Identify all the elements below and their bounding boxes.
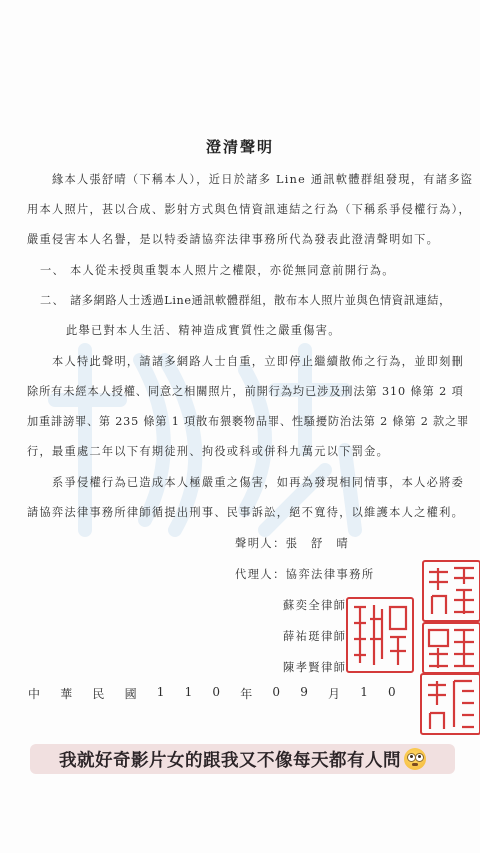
agent-signature: 代理人：協弈法律事務所 (235, 566, 375, 582)
lawyer-seal-chen (420, 673, 480, 735)
date-part: 9 (300, 685, 308, 702)
lawyer-signature: 陳孝賢律師 (283, 659, 346, 675)
paragraph-2-line: 除所有未經本人授權、同意之相關照片，前開行為均已涉及刑法第 310 條第 2 項 (27, 383, 464, 399)
item-number: 一、 (40, 262, 65, 278)
item-number: 二、 (40, 292, 65, 308)
date-part: 0 (388, 685, 396, 702)
document-date: 中 華 民 國 1 1 0 年 0 9 月 1 0 日 (28, 685, 428, 702)
date-part: 國 (125, 685, 137, 702)
date-part: 0 (272, 685, 280, 702)
paragraph-1-line: 緣本人張舒晴（下稱本人），近日於諸多 Line 通訊軟體群組發現，有諸多盜 (52, 171, 473, 187)
date-part: 1 (157, 685, 165, 702)
date-part: 年 (240, 685, 252, 702)
item-text: 本人從未授與重製本人照片之權限，亦從無同意前開行為。 (70, 262, 395, 278)
date-part: 民 (92, 685, 104, 702)
paragraph-3-line: 請協弈法律事務所律師循提出刑事、民事訴訟，絕不寬待，以維護本人之權利。 (27, 504, 464, 520)
paragraph-3-line: 系爭侵權行為已造成本人極嚴重之傷害，如再為發現相同情事，本人必將委 (52, 474, 464, 490)
paragraph-2-line: 加重誹謗罪、第 235 條第 1 項散布猥褻物品罪、性騷擾防治法第 2 條第 2… (27, 413, 469, 429)
declarant-signature: 聲明人：張 舒 晴 (235, 535, 349, 551)
document-title: 澄清聲明 (0, 136, 480, 157)
overlay-caption: 我就好奇影片女的跟我又不像每天都有人問 (30, 744, 455, 774)
rolling-eyes-emoji-icon (404, 748, 426, 770)
date-part: 1 (360, 685, 368, 702)
caption-text: 我就好奇影片女的跟我又不像每天都有人問 (59, 747, 401, 772)
paragraph-1-line: 用本人照片，甚以合成、影射方式與色情資訊連結之行為（下稱系爭侵權行為）， (27, 201, 471, 217)
lawyer-signature: 蘇奕全律師 (283, 597, 346, 613)
date-part: 0 (212, 685, 220, 702)
lawyer-seal-hsueh (422, 622, 480, 674)
date-part: 月 (328, 685, 340, 702)
date-part: 1 (185, 685, 193, 702)
date-part: 華 (60, 685, 72, 702)
firm-seal (346, 597, 414, 673)
item-text: 此舉已對本人生活、精神造成實質性之嚴重傷害。 (66, 322, 341, 338)
lawyer-seal-su (422, 560, 480, 622)
paragraph-2-line: 行，最重處二年以下有期徒刑、拘役或科或併科九萬元以下罰金。 (27, 443, 389, 459)
lawyer-signature: 薛祐珽律師 (283, 628, 346, 644)
date-part: 中 (28, 685, 40, 702)
paragraph-1-line: 嚴重侵害本人名譽，是以特委請協弈法律事務所代為發表此澄清聲明如下。 (27, 231, 439, 247)
statement-document: 澄清聲明 緣本人張舒晴（下稱本人），近日於諸多 Line 通訊軟體群組發現，有諸… (0, 0, 480, 853)
item-text: 諸多網路人士透過Line通訊軟體群組，散布本人照片並與色情資訊連結， (70, 292, 451, 308)
paragraph-2-line: 本人特此聲明，請諸多網路人士自重，立即停止繼續散佈之行為，並即刻刪 (52, 353, 464, 369)
